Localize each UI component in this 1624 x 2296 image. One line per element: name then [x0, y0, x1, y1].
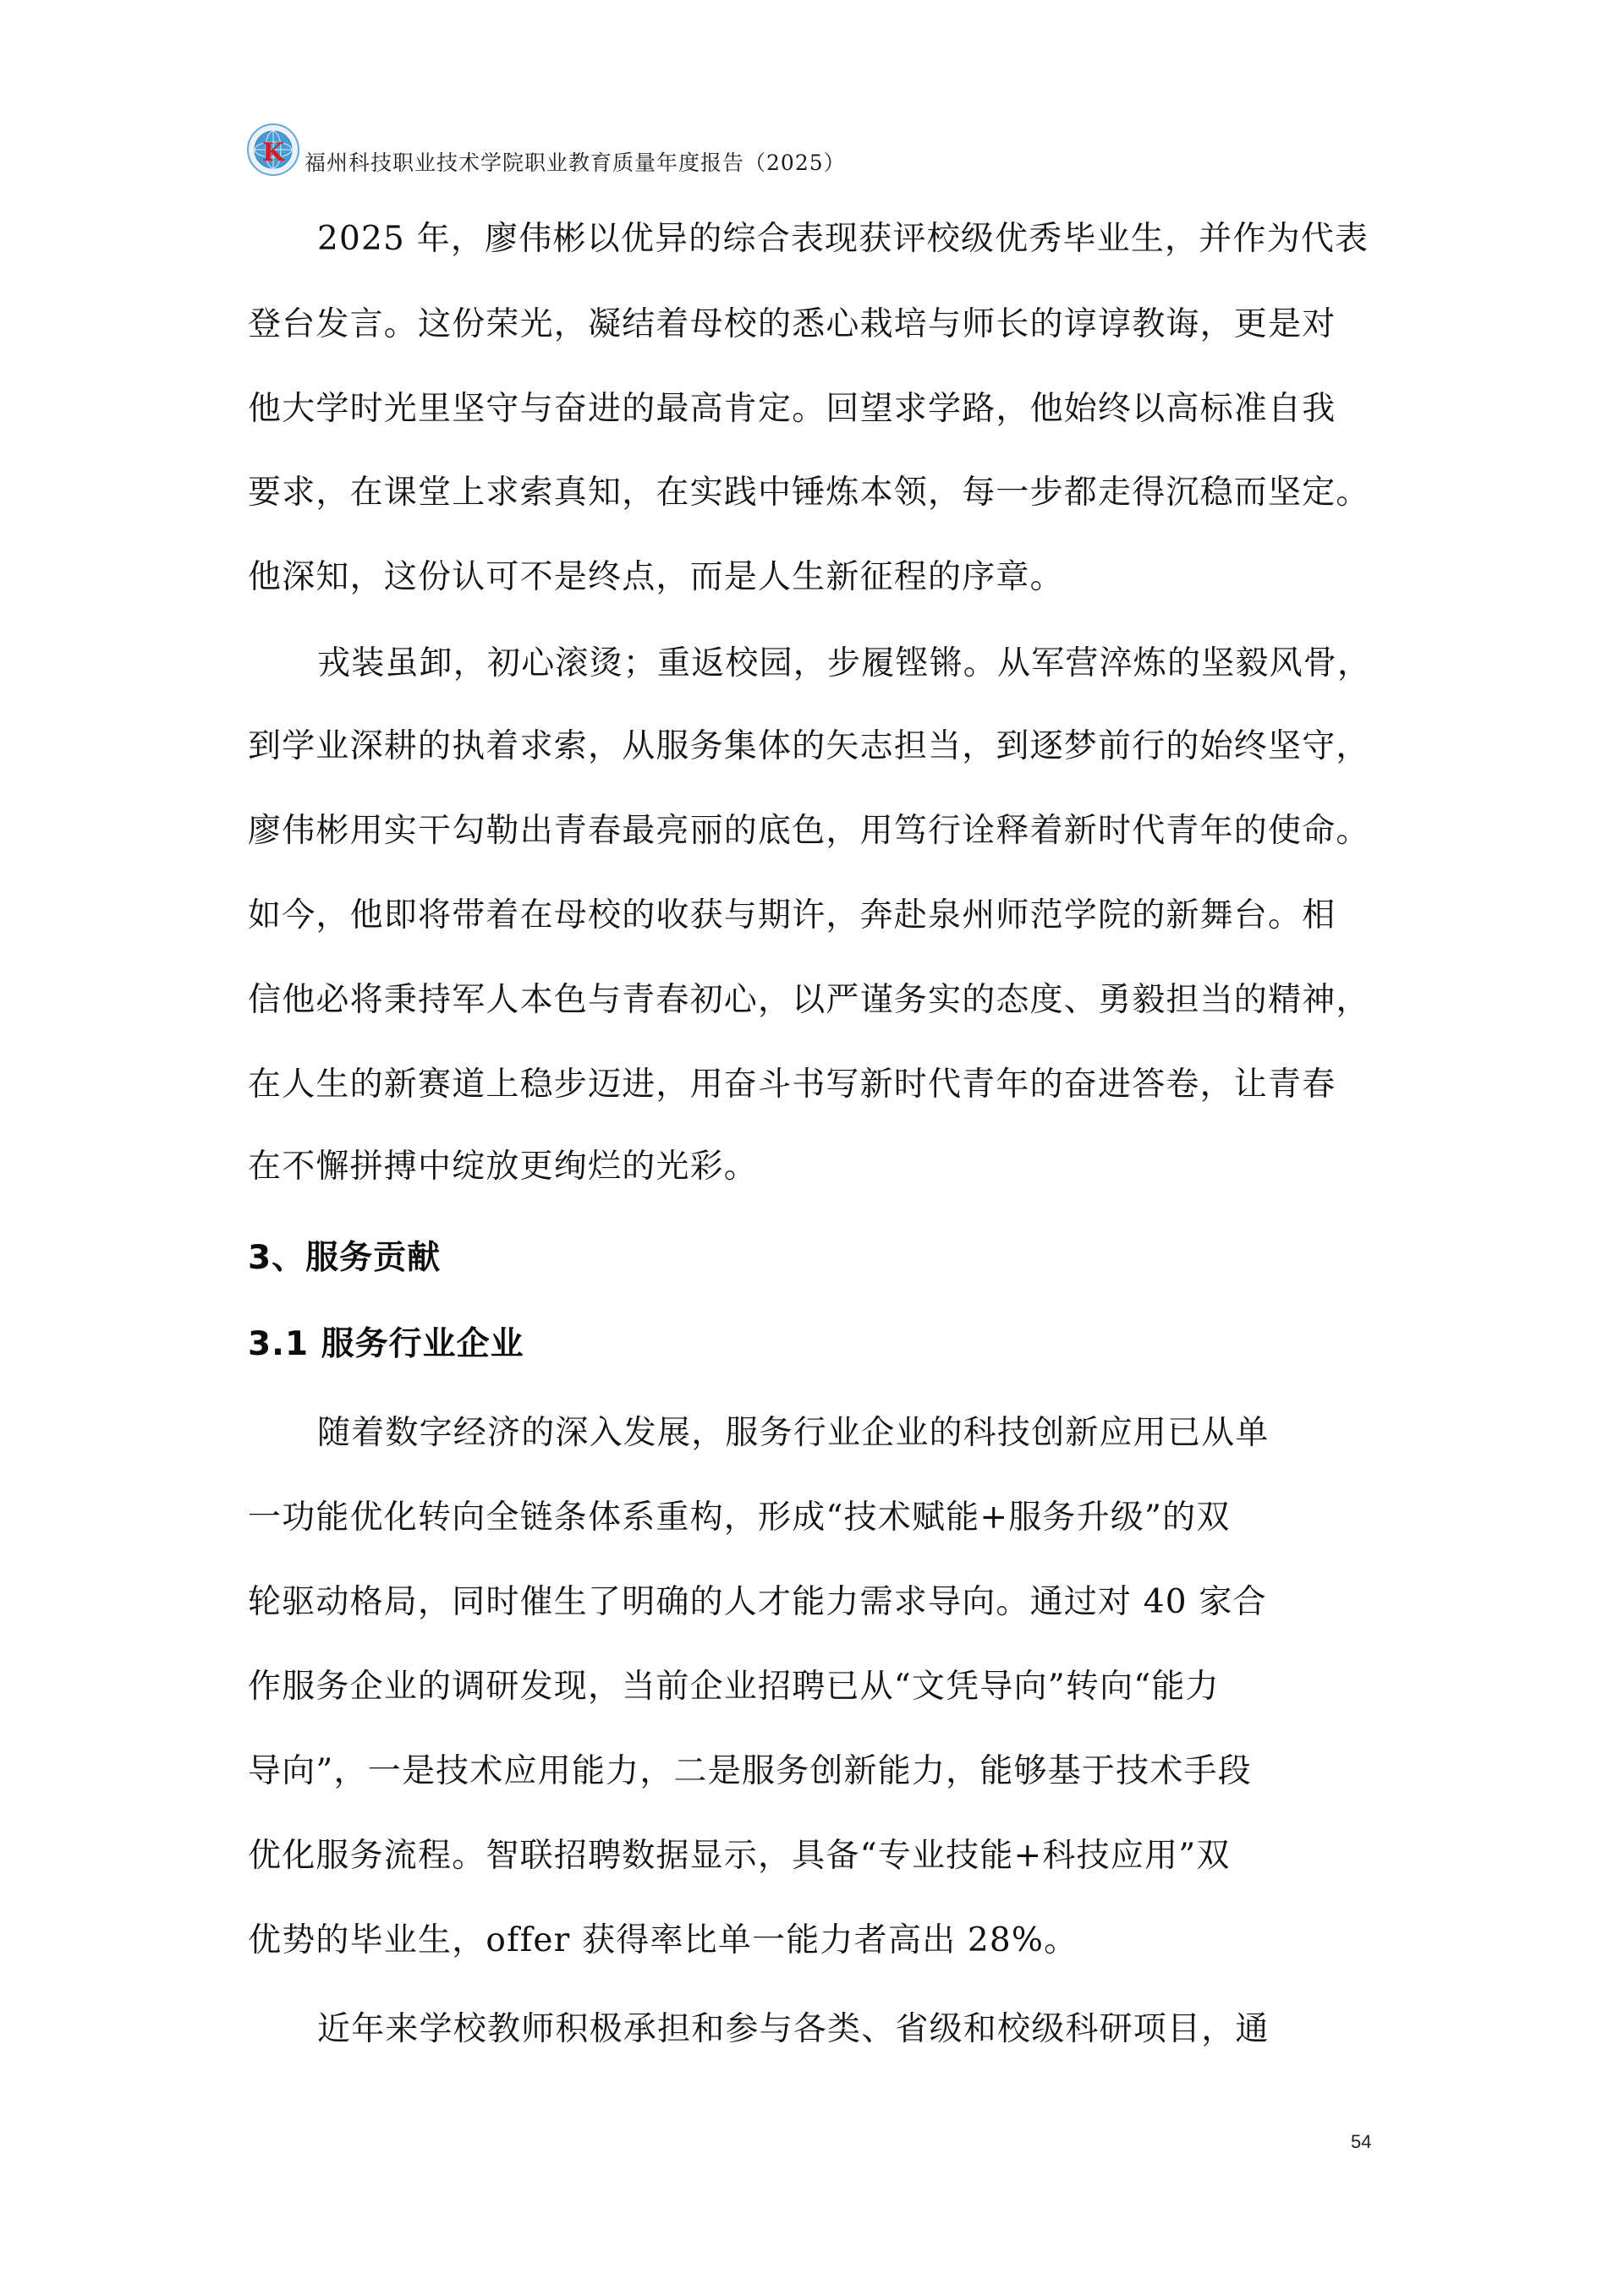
- text-line: 一功能优化转向全链条体系重构，形成“技术赋能+服务升级”的双: [248, 1497, 1231, 1539]
- section-heading: 3、服务贡献: [248, 1237, 441, 1280]
- text-line: 导向”，一是技术应用能力，二是服务创新能力，能够基于技术手段: [248, 1751, 1252, 1793]
- text-line: 轮驱动格局，同时催生了明确的人才能力需求导向。通过对 40 家合: [248, 1581, 1267, 1624]
- text-line: 他深知，这份认可不是终点，而是人生新征程的序章。: [248, 556, 1064, 599]
- text-line: 登台发言。这份荣光，凝结着母校的悉心栽培与师长的谆谆教诲，更是对: [248, 304, 1336, 346]
- text-line: 如今，他即将带着在母校的收获与期许，奔赴泉州师范学院的新舞台。相: [248, 895, 1336, 937]
- text-line: 戎装虽卸，初心滚烫；重返校园，步履铿锵。从军营淬炼的坚毅风骨，: [317, 643, 1371, 685]
- text-line: 在人生的新赛道上稳步迈进，用奋斗书写新时代青年的奋进答卷，让青春: [248, 1064, 1336, 1106]
- text-line: 近年来学校教师积极承担和参与各类、省级和校级科研项目，通: [317, 2008, 1270, 2051]
- report-title: 福州科技职业技术学院职业教育质量年度报告（2025）: [304, 151, 846, 178]
- school-logo: K: [247, 123, 299, 176]
- text-line: 信他必将秉持军人本色与青春初心，以严谨务实的态度、勇毅担当的精神，: [248, 979, 1370, 1022]
- text-line: 随着数字经济的深入发展，服务行业企业的科技创新应用已从单: [317, 1412, 1270, 1455]
- text-line: 要求，在课堂上求索真知，在实践中锤炼本领，每一步都走得沉稳而坚定。: [248, 472, 1370, 514]
- text-line: 2025 年，廖伟彬以优异的综合表现获评校级优秀毕业生，并作为代表: [317, 218, 1369, 260]
- page-header: K 福州科技职业技术学院职业教育质量年度报告（2025）: [247, 118, 846, 178]
- text-line: 在不懈拼搏中绽放更绚烂的光彩。: [248, 1146, 758, 1188]
- text-line: 优化服务流程。智联招聘数据显示，具备“专业技能+科技应用”双: [248, 1835, 1231, 1877]
- text-line: 到学业深耕的执着求索，从服务集体的矢志担当，到逐梦前行的始终坚守，: [248, 726, 1370, 768]
- svg-text:K: K: [262, 138, 285, 167]
- subsection-heading: 3.1 服务行业企业: [248, 1323, 524, 1366]
- text-line: 作服务企业的调研发现，当前企业招聘已从“文凭导向”转向“能力: [248, 1666, 1220, 1708]
- school-emblem-icon: K: [247, 123, 299, 176]
- text-line: 优势的毕业生，offer 获得率比单一能力者高出 28%。: [248, 1920, 1078, 1962]
- text-line: 廖伟彬用实干勾勒出青春最亮丽的底色，用笃行诠释着新时代青年的使命。: [248, 810, 1370, 852]
- page-number: 54: [1351, 2131, 1371, 2153]
- text-line: 他大学时光里坚守与奋进的最高肯定。回望求学路，他始终以高标准自我: [248, 388, 1336, 430]
